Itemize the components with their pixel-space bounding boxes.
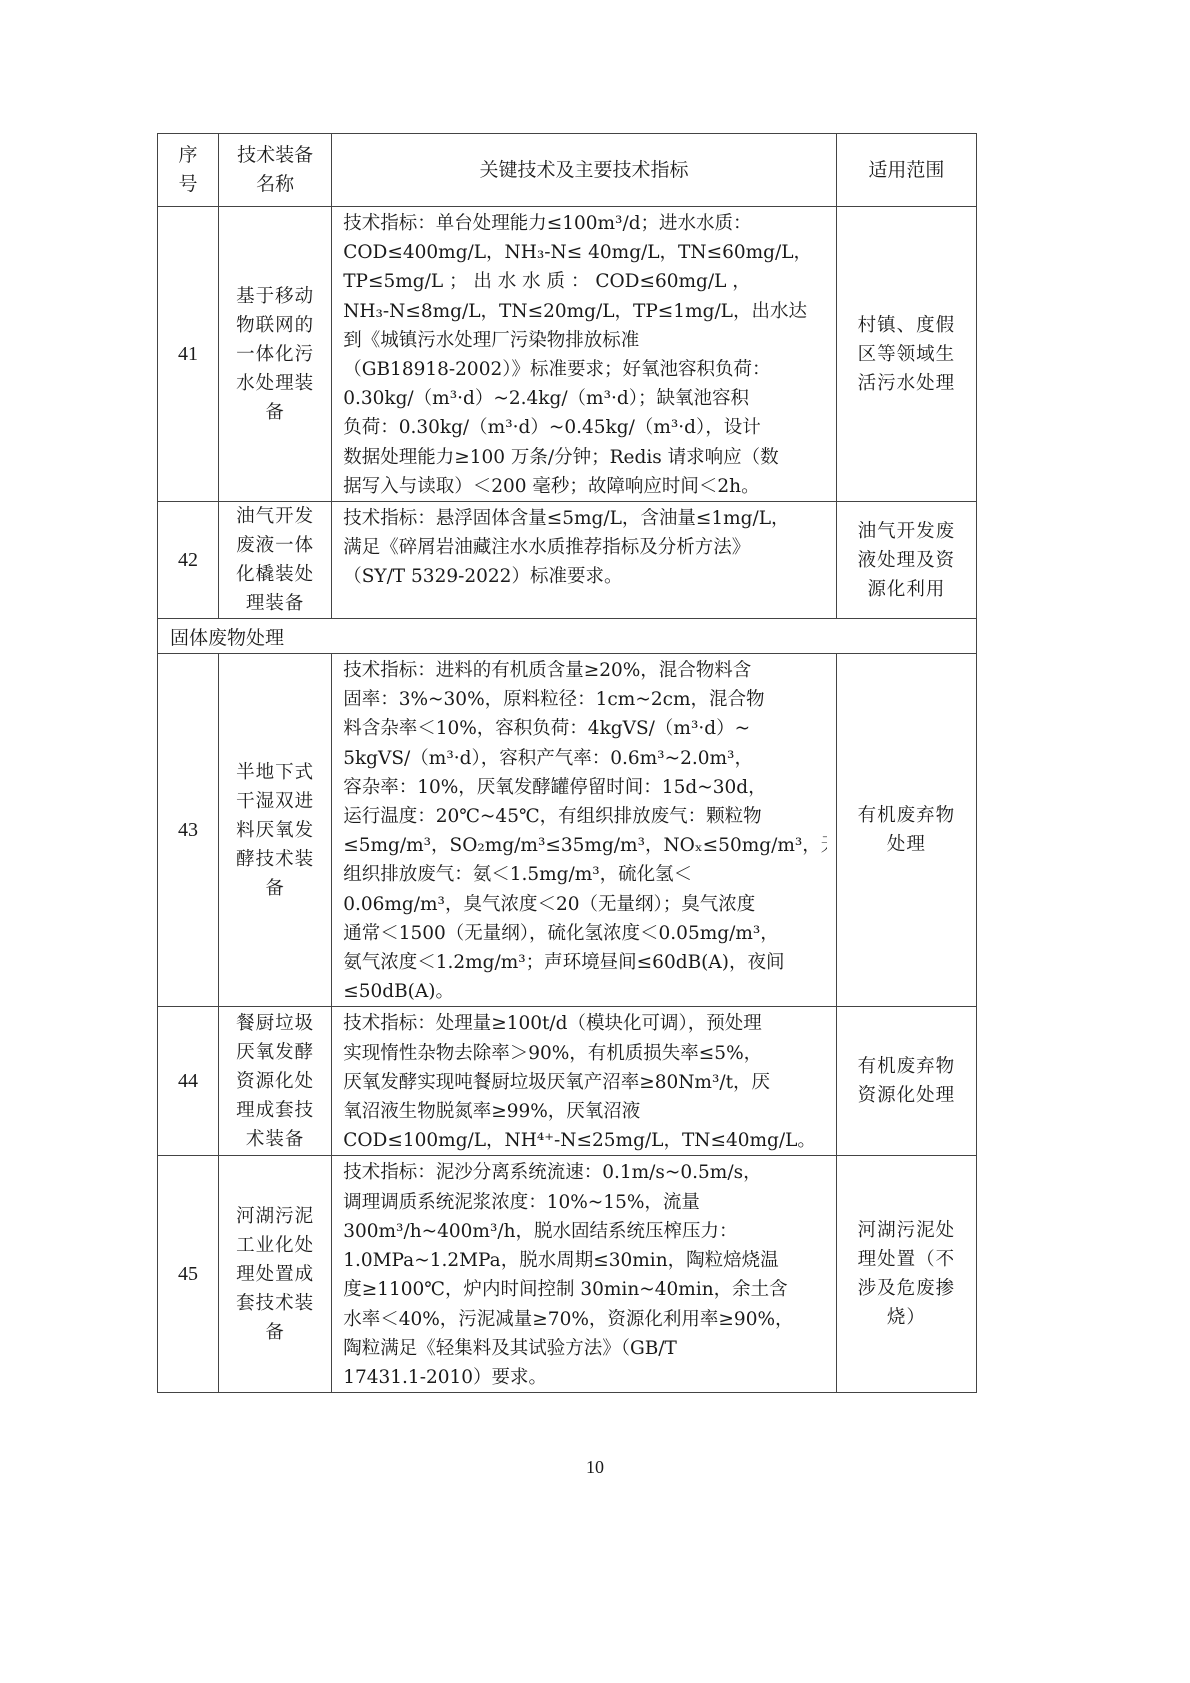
row-number: 43 xyxy=(158,654,219,1007)
equipment-table: 序 号 技术装备 名称 关键技术及主要技术指标 适用范围 41基于移动物联网的一… xyxy=(157,133,977,1393)
application-scope: 河湖污泥处理处置（不涉及危废掺烧） xyxy=(836,1156,976,1393)
row-number: 42 xyxy=(158,502,219,619)
table-row: 43半地下式干湿双进料厌氧发酵技术装备技术指标：进料的有机质含量≥20%，混合物… xyxy=(158,654,977,1007)
technical-specs: 技术指标：泥沙分离系统流速：0.1m/s~0.5m/s，调理调质系统泥浆浓度：1… xyxy=(332,1156,837,1393)
equipment-name: 餐厨垃圾厌氧发酵资源化处理成套技术装备 xyxy=(219,1007,332,1156)
equipment-name: 油气开发废液一体化橇装处理装备 xyxy=(219,502,332,619)
table-header-row: 序 号 技术装备 名称 关键技术及主要技术指标 适用范围 xyxy=(158,134,977,207)
technical-specs: 技术指标：进料的有机质含量≥20%，混合物料含固率：3%~30%，原料粒径：1c… xyxy=(332,654,837,1007)
application-scope: 有机废弃物处理 xyxy=(836,654,976,1007)
row-number: 44 xyxy=(158,1007,219,1156)
equipment-name: 半地下式干湿双进料厌氧发酵技术装备 xyxy=(219,654,332,1007)
technical-specs: 技术指标：单台处理能力≤100m³/d；进水水质：COD≤400mg/L，NH₃… xyxy=(332,207,837,502)
equipment-name: 基于移动物联网的一体化污水处理装备 xyxy=(219,207,332,502)
section-title: 固体废物处理 xyxy=(158,619,977,654)
table-row: 41基于移动物联网的一体化污水处理装备技术指标：单台处理能力≤100m³/d；进… xyxy=(158,207,977,502)
application-scope: 有机废弃物资源化处理 xyxy=(836,1007,976,1156)
application-scope: 村镇、度假区等领域生活污水处理 xyxy=(836,207,976,502)
row-number: 45 xyxy=(158,1156,219,1393)
technical-specs: 技术指标：处理量≥100t/d（模块化可调），预处理实现惰性杂物去除率＞90%，… xyxy=(332,1007,837,1156)
table-row: 44餐厨垃圾厌氧发酵资源化处理成套技术装备技术指标：处理量≥100t/d（模块化… xyxy=(158,1007,977,1156)
table-row: 42油气开发废液一体化橇装处理装备技术指标：悬浮固体含量≤5mg/L，含油量≤1… xyxy=(158,502,977,619)
row-number: 41 xyxy=(158,207,219,502)
header-scope: 适用范围 xyxy=(836,134,976,207)
section-row: 固体废物处理 xyxy=(158,619,977,654)
application-scope: 油气开发废液处理及资源化利用 xyxy=(836,502,976,619)
equipment-name: 河湖污泥工业化处理处置成套技术装备 xyxy=(219,1156,332,1393)
page-number: 10 xyxy=(0,1457,1190,1478)
technical-specs: 技术指标：悬浮固体含量≤5mg/L，含油量≤1mg/L，满足《碎屑岩油藏注水水质… xyxy=(332,502,837,619)
header-name: 技术装备 名称 xyxy=(219,134,332,207)
table-row: 45河湖污泥工业化处理处置成套技术装备技术指标：泥沙分离系统流速：0.1m/s~… xyxy=(158,1156,977,1393)
header-spec: 关键技术及主要技术指标 xyxy=(332,134,837,207)
header-no: 序 号 xyxy=(158,134,219,207)
